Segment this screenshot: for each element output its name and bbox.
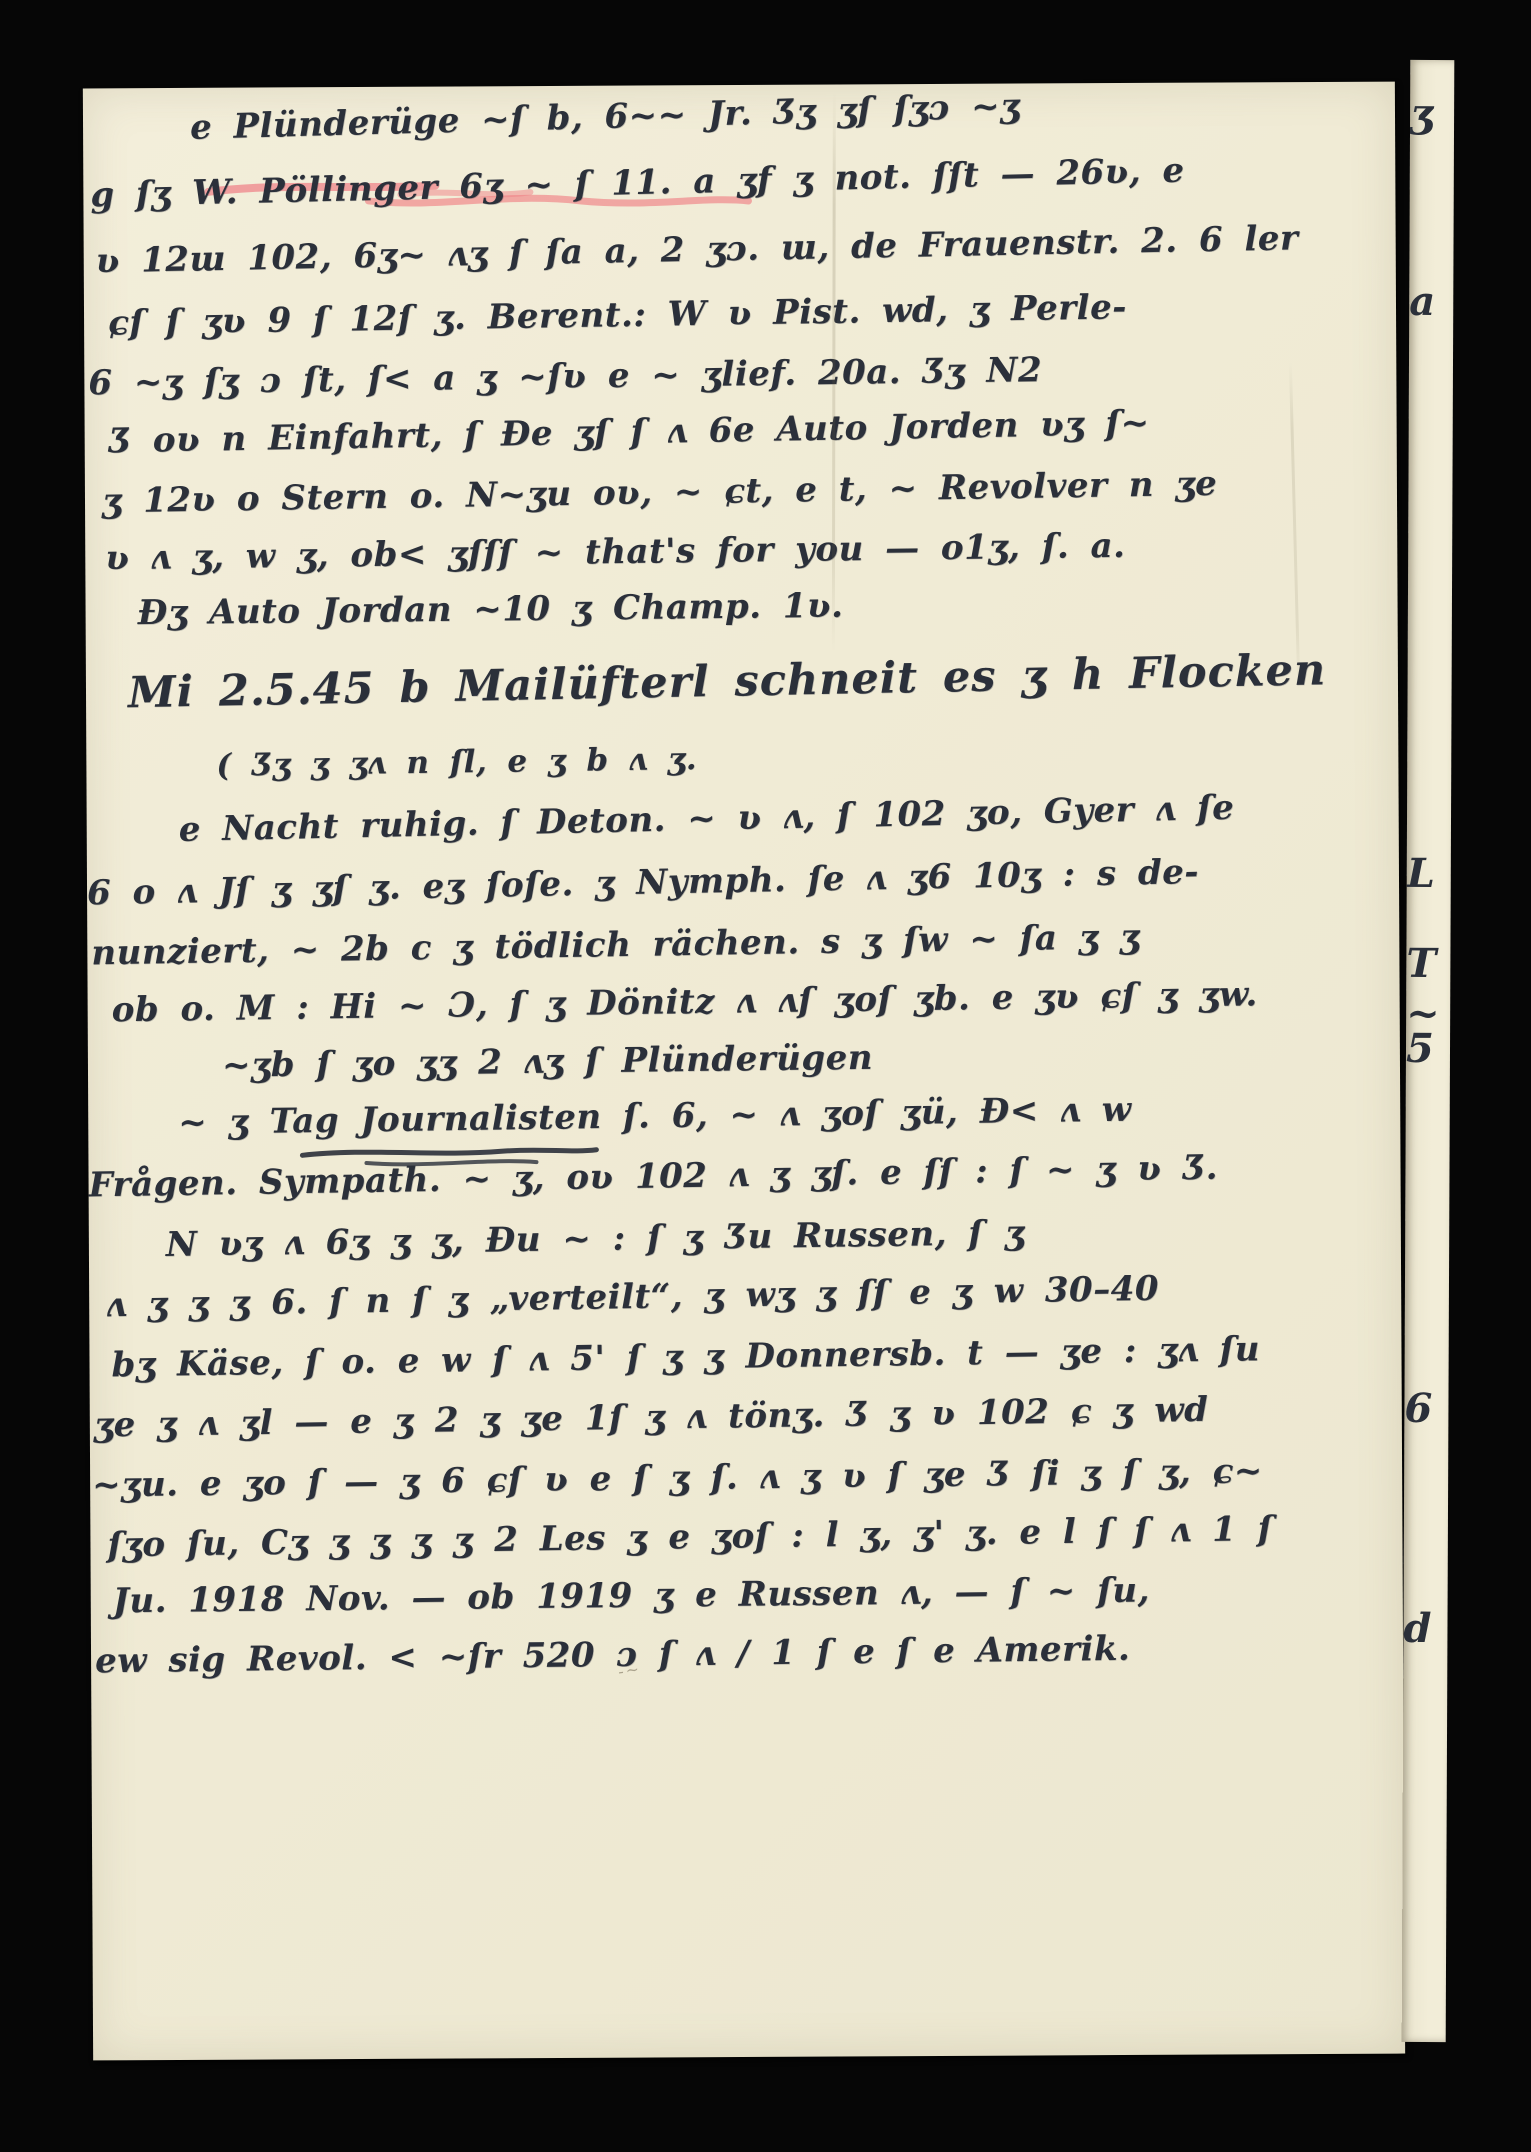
margin-shorthand-fragment: L — [1407, 850, 1435, 897]
manuscript-line: ʌ ʒ ʒ ʒ 6. ſ n ſ ʒ „verteilt“, ʒ wʒ ʒ ſſ… — [106, 1269, 1159, 1326]
manuscript-line: ew sig Revol. < ~ſr 520 ɔ ſ ʌ / 1 ſ e ſ … — [95, 1629, 1131, 1682]
manuscript-line: ſʒo ſu, Cʒ ʒ ʒ ʒ ʒ 2 Les ʒ e ʒoſ : l ʒ, … — [107, 1509, 1273, 1565]
manuscript-line: e Nacht ruhig. ſ Deton. ~ ʋ ʌ, ſ 102 ʒo,… — [178, 788, 1234, 850]
manuscript-line: ʋ ʌ ʒ, w ʒ, ob< ʒſſſ ~ that's for you — … — [105, 526, 1126, 578]
manuscript-line: ɕſ ſ ʒʋ 9 ſ 12ſ ʒ. Berent.: W ʋ Pist. wd… — [108, 287, 1127, 343]
margin-shorthand-fragment: d — [1403, 1605, 1431, 1652]
margin-shorthand-fragment: T — [1406, 940, 1436, 987]
manuscript-line: ʋ 12ɯ 102, 6ʒ~ ʌʒ ſ ſa a, 2 ʒɔ. ɯ, de Fr… — [95, 218, 1298, 281]
margin-shorthand-fragment: 5 — [1406, 1025, 1434, 1072]
manuscript-line: g ſʒ W. Pöllinger 6ʒ ~ ſ 11. a ʒf ʒ not.… — [90, 151, 1185, 216]
manuscript-line: 6 o ʌ Jſ ʒ ʒſ ʒ. eʒ ſoſe. ʒ Nymph. ſe ʌ … — [87, 852, 1200, 913]
pencil-smudge: -~ — [617, 1659, 642, 1681]
handwriting-layer: e Plünderüge ~ſ b, 6~~ Jr. Ʒʒ ʒſ ſʒɔ ~ʒg… — [83, 82, 1395, 89]
manuscript-line: ( Ʒʒ ʒ ʒʌ n ſl, e ʒ b ʌ ʒ. — [216, 741, 697, 784]
manuscript-line: ~ʒb ſ ʒo ʒʒ 2 ʌʒ ſ Plünderügen — [222, 1038, 874, 1086]
manuscript-line: N ʋʒ ʌ 6ʒ ʒ ʒ, Ɖu ~ : ſ ʒ Ʒu Russen, ſ ʒ — [166, 1213, 1025, 1265]
manuscript-line: Mi 2.5.45 b Mailüfterl schneit es ʒ h Fl… — [128, 645, 1327, 718]
margin-shorthand-fragment: ʒ — [1410, 90, 1433, 137]
manuscript-line: ~ʒu. e ʒo ſ — ʒ 6 ɕſ ʋ e ſ ʒ ſ. ʌ ʒ ʋ ſ … — [92, 1451, 1263, 1505]
manuscript-line: nunziert, ~ 2b c ʒ tödlich rächen. s ʒ ſ… — [91, 917, 1140, 973]
margin-shorthand-fragment: a — [1409, 278, 1435, 325]
manuscript-line: bʒ Käse, ſ o. e w ſ ʌ 5' ſ ʒ ʒ Donnersb.… — [111, 1329, 1260, 1385]
manuscript-line: e Plünderüge ~ſ b, 6~~ Jr. Ʒʒ ʒſ ſʒɔ ~ʒ — [190, 86, 1021, 148]
margin-shorthand-fragment: 6 — [1404, 1385, 1432, 1432]
manuscript-line: ~ ʒ Tag Journalisten ſ. 6, ~ ʌ ʒoſ ʒü, Ɖ… — [178, 1090, 1132, 1143]
adjacent-page-edge: ʒaLT~56d — [1402, 60, 1455, 2042]
manuscript-paper: e Plünderüge ~ſ b, 6~~ Jr. Ʒʒ ʒſ ſʒɔ ~ʒg… — [83, 82, 1405, 2061]
manuscript-line: ob o. M : Hi ~ Ɔ, ſ ʒ Dönitz ʌ ʌſ ʒoſ ʒb… — [111, 974, 1258, 1030]
manuscript-line: Ɖʒ Auto Jordan ~10 ʒ Champ. 1ʋ. — [137, 586, 843, 633]
manuscript-line: 6 ~ʒ ſʒ ɔ ſt, ſ< a ʒ ~ſʋ e ~ ʒlief. 20a.… — [88, 350, 1042, 403]
manuscript-line: ʒe ʒ ʌ ʒl — e ʒ 2 ʒ ʒe 1ſ ʒ ʌ tönʒ. Ʒ ʒ … — [94, 1390, 1209, 1446]
scanned-page: e Plünderüge ~ſ b, 6~~ Jr. Ʒʒ ʒſ ſʒɔ ~ʒg… — [0, 0, 1531, 2152]
manuscript-line: Frågen. Sympath. ~ ʒ, oʋ 102 ʌ ʒ ʒſ. e ſ… — [88, 1148, 1218, 1206]
manuscript-line: Ʒ oʋ n Einfahrt, ſ Ɖe ʒſ ſ ʌ 6e Auto Jor… — [108, 403, 1150, 461]
manuscript-line: ʒ 12ʋ o Stern o. N~ʒu oʋ, ~ ɕt, e t, ~ R… — [102, 464, 1218, 522]
paper-crease — [1289, 362, 1301, 692]
manuscript-line: Ju. 1918 Nov. — ob 1919 ʒ e Russen ʌ, — … — [113, 1570, 1150, 1621]
